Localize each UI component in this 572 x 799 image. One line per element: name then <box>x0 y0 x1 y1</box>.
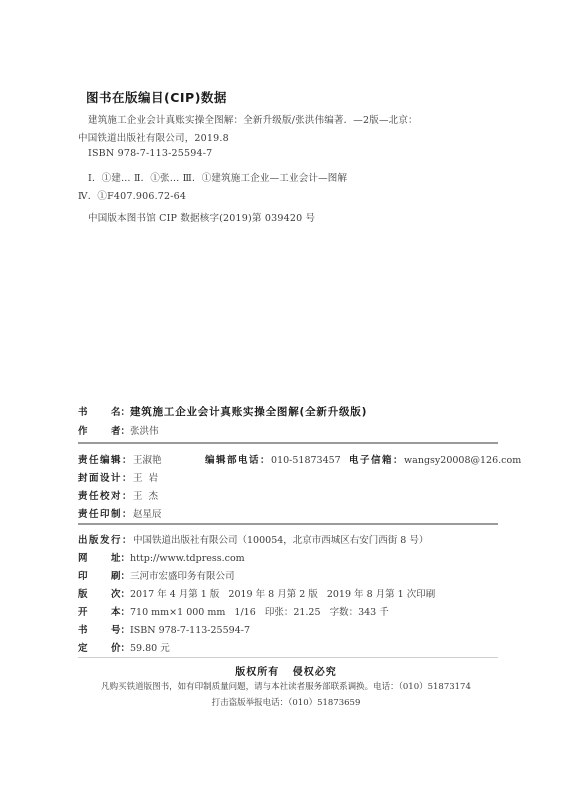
price-value: 59.80 元 <box>130 640 170 654</box>
publisher-label: 出版发行： <box>78 532 133 546</box>
cip-line-publisher: 中国铁道出版社有限公司，2019.8 <box>78 130 229 144</box>
proofreader-row: 责任校对： 王 杰 <box>78 488 158 502</box>
website-row: 网 址： http://www.tdpress.com <box>78 550 245 564</box>
book-title-row: 书 名： 建筑施工企业会计真账实操全图解(全新升级版) <box>78 404 367 419</box>
author-row: 作 者： 张洪伟 <box>78 423 159 437</box>
editor-label: 责任编辑： <box>78 452 133 466</box>
print-supervisor-value: 赵星辰 <box>133 506 162 520</box>
website-label: 网 址： <box>78 550 130 564</box>
cover-design-row: 封面设计： 王 岩 <box>78 470 158 484</box>
email-value: wangsy20008@126.com <box>404 455 521 466</box>
defect-exchange-notice: 凡购买铁道版图书，如有印制质量问题，请与本社读者服务部联系调换。电话：（010）… <box>0 680 572 692</box>
printer-row: 印 刷： 三河市宏盛印务有限公司 <box>78 568 235 582</box>
print-supervisor-row: 责任印制： 赵星辰 <box>78 506 162 520</box>
copyright-notice: 版权所有 侵权必究 <box>0 663 572 678</box>
price-row: 定 价： 59.80 元 <box>78 640 170 654</box>
cip-heading: 图书在版编目(CIP)数据 <box>86 88 227 106</box>
cip-line-class-code: Ⅳ．①F407.906.72-64 <box>78 188 186 202</box>
edition-row: 版 次： 2017 年 4 月第 1 版 2019 年 8 月第 2 版 201… <box>78 586 435 600</box>
edition-value: 2017 年 4 月第 1 版 2019 年 8 月第 2 版 2019 年 8… <box>130 586 435 600</box>
phone-label: 编辑部电话： <box>205 452 271 466</box>
format-label: 开 本： <box>78 604 130 618</box>
email-label: 电子信箱： <box>349 452 404 466</box>
book-title-value: 建筑施工企业会计真账实操全图解(全新升级版) <box>130 404 367 419</box>
book-title-label: 书 名： <box>78 404 130 418</box>
price-label: 定 价： <box>78 640 130 654</box>
publisher-row: 出版发行： 中国铁道出版社有限公司（100054，北京市西城区右安门西街 8 号… <box>78 532 428 546</box>
editor-value: 王淑艳 <box>133 452 205 466</box>
format-row: 开 本： 710 mm×1 000 mm 1/16 印张：21.25 字数：34… <box>78 604 389 618</box>
printer-value: 三河市宏盛印务有限公司 <box>130 568 235 582</box>
cip-line-record-number: 中国版本图书馆 CIP 数据核字(2019)第 039420 号 <box>88 210 315 224</box>
phone-value: 010-51873457 <box>271 455 349 466</box>
cover-design-value: 王 岩 <box>133 470 158 484</box>
cip-line-title: 建筑施工企业会计真账实操全图解：全新升级版/张洪伟编著．—2版—北京： <box>88 112 418 126</box>
anti-piracy-hotline: 打击盗版举报电话：（010）51873659 <box>0 696 572 708</box>
cip-line-classification: Ⅰ．①建… Ⅱ．①张… Ⅲ．①建筑施工企业—工业会计—图解 <box>88 170 347 184</box>
isbn-row: 书 号： ISBN 978-7-113-25594-7 <box>78 622 250 636</box>
isbn-value: ISBN 978-7-113-25594-7 <box>130 625 250 636</box>
divider-3 <box>78 657 498 658</box>
isbn-label: 书 号： <box>78 622 130 636</box>
printer-label: 印 刷： <box>78 568 130 582</box>
website-link[interactable]: http://www.tdpress.com <box>130 553 245 564</box>
editor-row: 责任编辑： 王淑艳 编辑部电话： 010-51873457 电子信箱： wang… <box>78 452 521 466</box>
divider-2 <box>78 523 498 525</box>
author-value: 张洪伟 <box>130 423 159 437</box>
author-label: 作 者： <box>78 423 130 437</box>
print-supervisor-label: 责任印制： <box>78 506 133 520</box>
divider-1 <box>78 442 498 444</box>
format-value: 710 mm×1 000 mm 1/16 印张：21.25 字数：343 千 <box>130 604 389 618</box>
cover-design-label: 封面设计： <box>78 470 133 484</box>
publisher-value: 中国铁道出版社有限公司（100054，北京市西城区右安门西街 8 号） <box>133 532 428 546</box>
edition-label: 版 次： <box>78 586 130 600</box>
cip-line-isbn: ISBN 978-7-113-25594-7 <box>88 148 212 159</box>
proofreader-label: 责任校对： <box>78 488 133 502</box>
proofreader-value: 王 杰 <box>133 488 158 502</box>
